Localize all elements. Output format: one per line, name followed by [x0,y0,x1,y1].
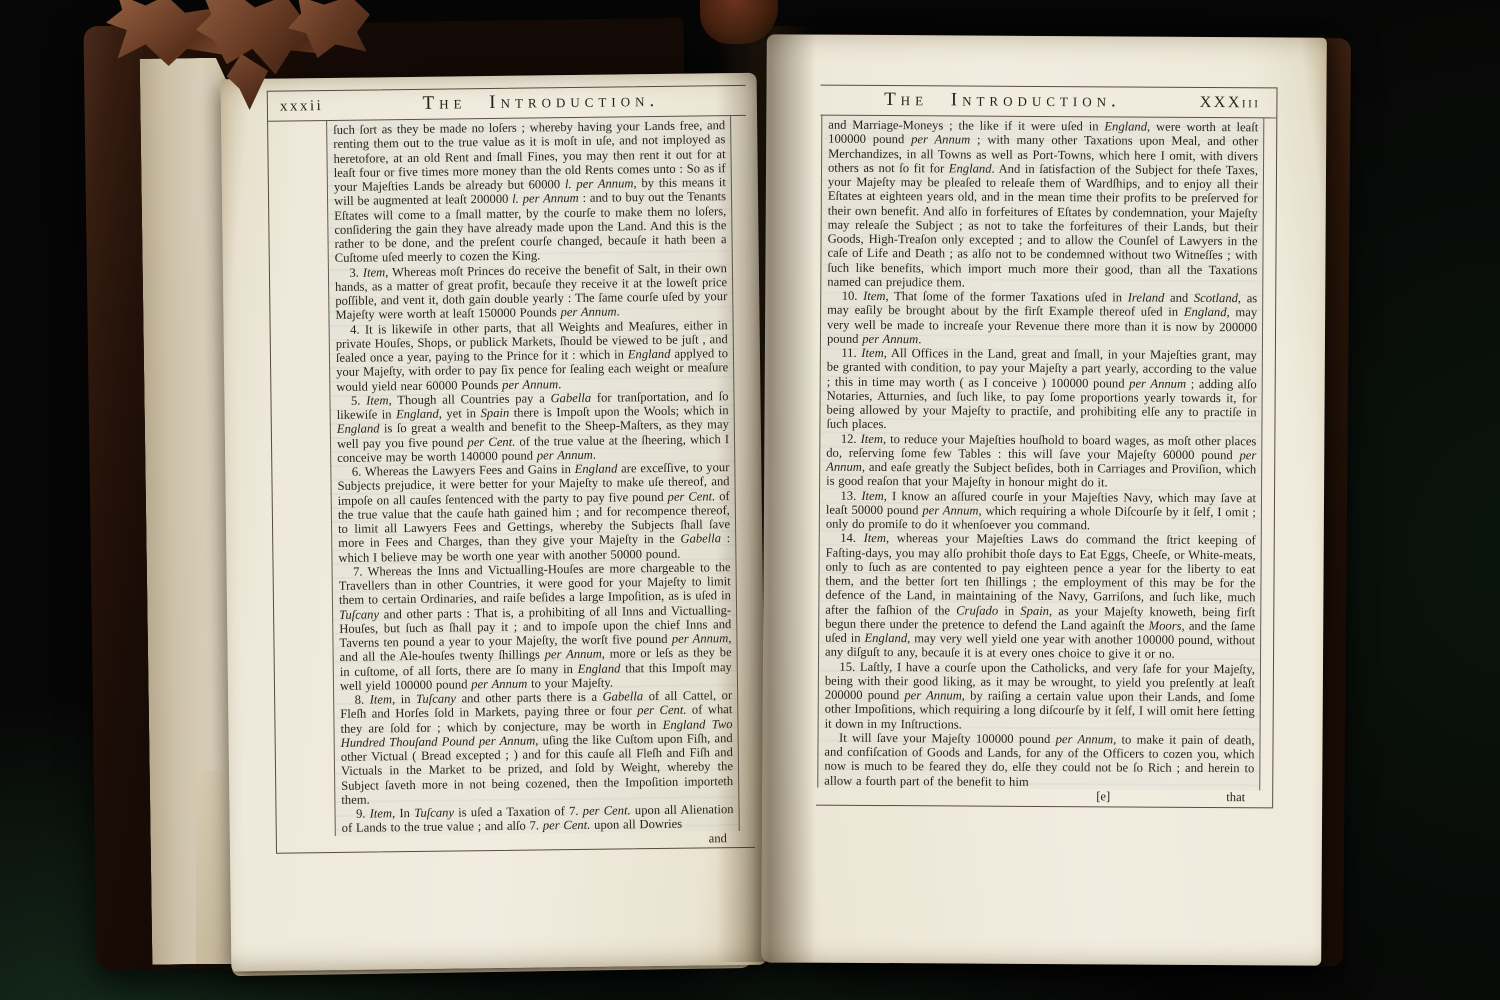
paragraph: It will ſave your Majeſty 100000 pound p… [824,730,1254,790]
photo-backdrop: xxxii The Introduction. ſuch ſort as the… [0,0,1500,1000]
right-page-footer: [e] that [817,787,1253,807]
right-page-frame: The Introduction. XXXiii and Marriage-Mo… [816,85,1277,809]
right-page-header: The Introduction. XXXiii [820,86,1276,117]
gutter-shadow [716,26,816,962]
paragraph: 15. Laſtly, I have a courſe upon the Cat… [825,659,1255,733]
catchword-right: that [1226,790,1245,805]
right-page: The Introduction. XXXiii and Marriage-Mo… [761,34,1327,965]
running-title-left: The Introduction. [336,89,746,116]
left-page-frame: xxxii The Introduction. ſuch ſort as the… [267,85,755,853]
paragraph: 8. Item, in Tuſcany and other parts ther… [340,688,733,807]
page-number-right: XXXiii [1184,94,1276,113]
paragraph: 10. Item, That ſome of the former Taxati… [827,289,1257,349]
right-text-block: and Marriage-Moneys ; the like if it wer… [817,116,1264,790]
paragraph: 9. Item, In Tuſcany is uſed a Taxation o… [341,802,733,835]
paragraph: 14. Item, whereas your Majeſties Laws do… [825,531,1256,662]
paragraph: 4. It is likewiſe in other parts, that a… [336,318,729,394]
paragraph: 11. Item, All Offices in the Land, great… [826,346,1257,434]
paragraph: 12. Item, to reduce your Majeſties houſh… [826,431,1256,491]
signature-mark: [e] [1096,789,1110,804]
paragraph: and Marriage-Moneys ; the like if it wer… [827,118,1258,292]
paragraph: 5. Item, Though all Countries pay a Gabe… [336,389,729,465]
paragraph: 3. Item, Whereas moſt Princes do receive… [335,261,728,323]
running-title-right: The Introduction. [820,89,1184,113]
page-number-left: xxxii [268,98,336,116]
left-page-header: xxxii The Introduction. [268,86,746,120]
paragraph: ſuch ſort as they be made no loſers ; wh… [333,118,727,265]
paragraph: 7. Whereas the Inns and Victualling-Houſ… [339,560,733,693]
left-page: xxxii The Introduction. ſuch ſort as the… [221,73,768,971]
left-text-block: ſuch ſort as they be made no loſers ; wh… [326,116,740,835]
paragraph: 13. Item, I know an aſſured courſe in yo… [826,488,1256,533]
paragraph: 6. Whereas the Lawyers Fees and Gains in… [337,460,730,565]
